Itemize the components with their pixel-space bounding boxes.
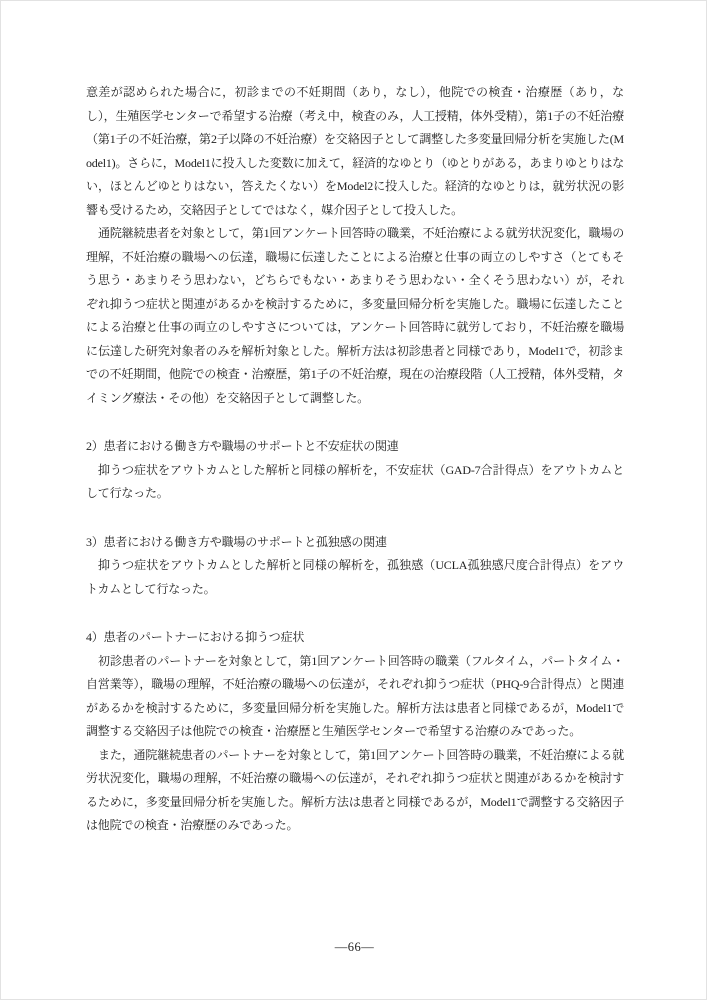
paragraph-anxiety-gad7: 抑うつ症状をアウトカムとした解析と同様の解析を，不安症状（GAD-7合計得点）を… [86,459,624,506]
section-heading-2-anxiety-symptoms: 2）患者における働き方や職場のサポートと不安症状の関連 [86,435,624,459]
paragraph-loneliness-ucla: 抑うつ症状をアウトカムとした解析と同様の解析を，孤独感（UCLA孤独感尺度合計得… [86,554,624,601]
paragraph-partner-continuing: また，通院継続患者のパートナーを対象として，第1回アンケート回答時の職業，不妊治… [86,744,624,838]
page-number: —66— [1,940,707,955]
section-heading-3-loneliness: 3）患者における働き方や職場のサポートと孤独感の関連 [86,531,624,555]
section-heading-4-partner-depression: 4）患者のパートナーにおける抑うつ症状 [86,626,624,650]
body-text-block: 意差が認められた場合に，初診までの不妊期間（あり，なし），他院での検査・治療歴（… [86,81,624,838]
paragraph-partner-first-visit: 初診患者のパートナーを対象として，第1回アンケート回答時の職業（フルタイム，パー… [86,650,624,744]
paragraph-continuing-patients-analysis: 通院継続患者を対象として，第1回アンケート回答時の職業，不妊治療による就労状況変… [86,222,624,410]
paragraph-continued-from-previous-page: 意差が認められた場合に，初診までの不妊期間（あり，なし），他院での検査・治療歴（… [86,81,624,222]
document-page: 意差が認められた場合に，初診までの不妊期間（あり，なし），他院での検査・治療歴（… [0,0,707,1000]
